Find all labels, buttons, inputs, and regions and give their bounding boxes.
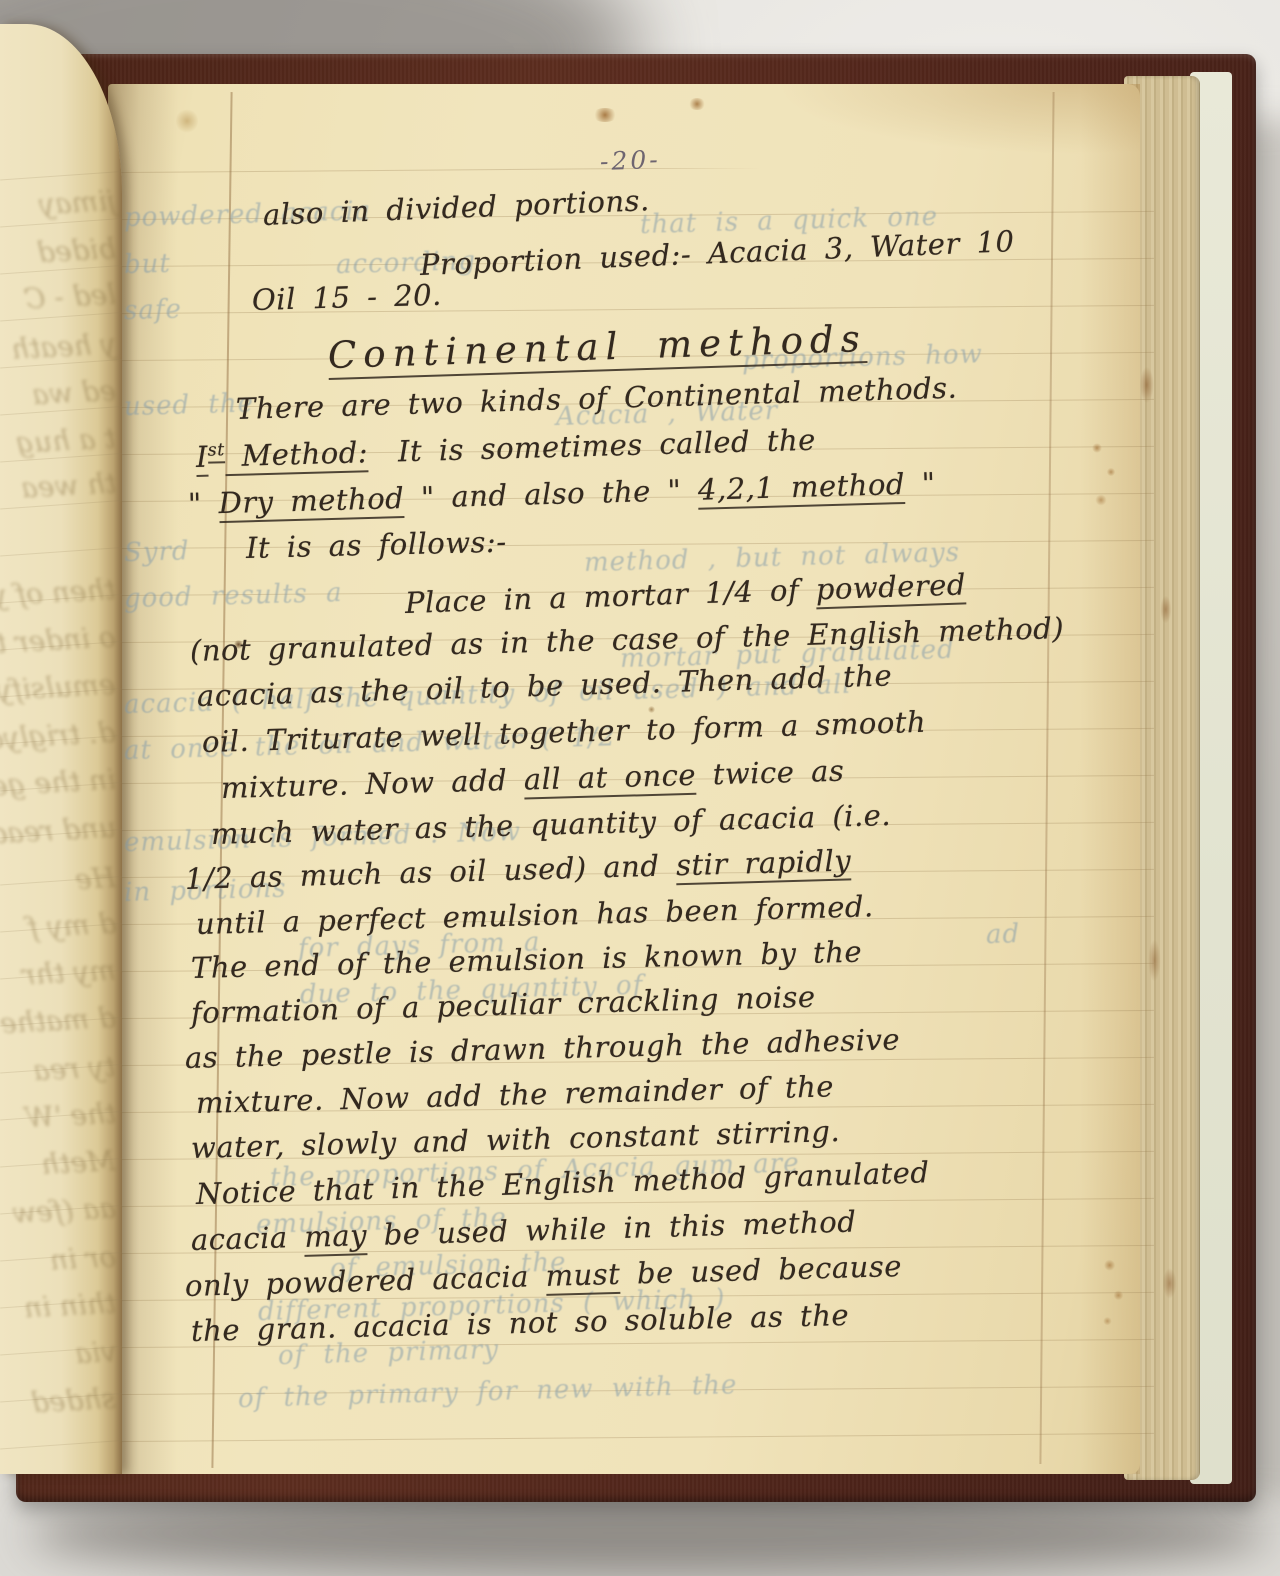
ruled-line [0, 544, 122, 556]
mirrored-fragment: bided [36, 232, 117, 269]
mirrored-fragment: in the ge [0, 763, 117, 803]
underlined-text: I [196, 440, 209, 477]
handwriting-line: It is as follows:- [246, 525, 507, 565]
mirrored-fragment: thin in [23, 1287, 117, 1325]
underlined-text: Dry method [218, 481, 405, 523]
mirrored-fragment: aa (few [11, 1191, 117, 1229]
text-segment: " [904, 466, 935, 501]
underlined-text: 4,2,1 method [698, 467, 906, 510]
open-notebook-photo: jimaybidedled - Cy heathed wat a hugth w… [0, 0, 1280, 1576]
text-segment: Oil 15 - 20. [252, 278, 443, 317]
mirrored-fragment: my thr [21, 954, 117, 992]
ghost-line: Syrd [124, 536, 190, 568]
mirrored-fragment: the 'W [24, 1097, 117, 1135]
mirrored-fragment: led - C [23, 278, 117, 316]
underlined-text: powdered [815, 567, 966, 609]
ruled-line [0, 168, 122, 180]
mirrored-fragment: th wea [20, 467, 117, 505]
ghost-line: but [124, 249, 172, 280]
text-segment: It is as follows:- [246, 525, 507, 565]
mirrored-fragment: or in [49, 1240, 117, 1276]
text-segment: " [188, 486, 219, 521]
foxing-stain [1092, 1248, 1136, 1334]
mirrored-fragment: d. triglyc [0, 716, 117, 756]
foxing-stain [592, 108, 618, 122]
underlined-text: must [545, 1257, 621, 1296]
mirrored-fragment: jimay [38, 184, 116, 221]
ghost-line: safe [124, 294, 183, 326]
mirrored-fragment: Meth [41, 1144, 117, 1181]
mirrored-fragment: He [74, 861, 117, 896]
ruled-line [0, 1437, 122, 1449]
ruled-line [112, 1433, 1154, 1442]
underlined-text: stir rapidly [676, 843, 852, 885]
mirrored-fragment: shded [30, 1382, 116, 1419]
mirrored-fragment: d mathe [0, 1001, 117, 1040]
mirrored-fragment: via [74, 1335, 117, 1370]
handwriting-line: Oil 15 - 20. [252, 278, 443, 317]
underlined-text: all at once [523, 758, 696, 800]
ghost-line: good results a [124, 578, 343, 614]
mirrored-fragment: d my f [27, 907, 117, 945]
previous-page-curl: jimaybidedled - Cy heathed wat a hugth w… [0, 24, 122, 1474]
underlined-text: Method: [224, 435, 368, 476]
text-segment: twice as [696, 754, 845, 792]
underlined-text: may [304, 1218, 368, 1257]
underlined-text: st [208, 441, 226, 464]
mirrored-fragment: und read [0, 811, 117, 851]
ghost-line: ad [986, 919, 1021, 950]
mirrored-fragment: ed wa [31, 374, 117, 411]
foxing-stain [176, 108, 198, 134]
foxing-stain [1085, 436, 1125, 516]
mirrored-fragment: ty rea [33, 1050, 117, 1087]
page-number: -20- [599, 145, 661, 176]
foxing-stain [688, 98, 706, 110]
text-segment: acacia [191, 1220, 305, 1257]
mirrored-fragment: then of y [0, 573, 117, 612]
mirrored-fragment: y heath [10, 327, 117, 365]
mirrored-fragment: t a hug [15, 421, 116, 459]
